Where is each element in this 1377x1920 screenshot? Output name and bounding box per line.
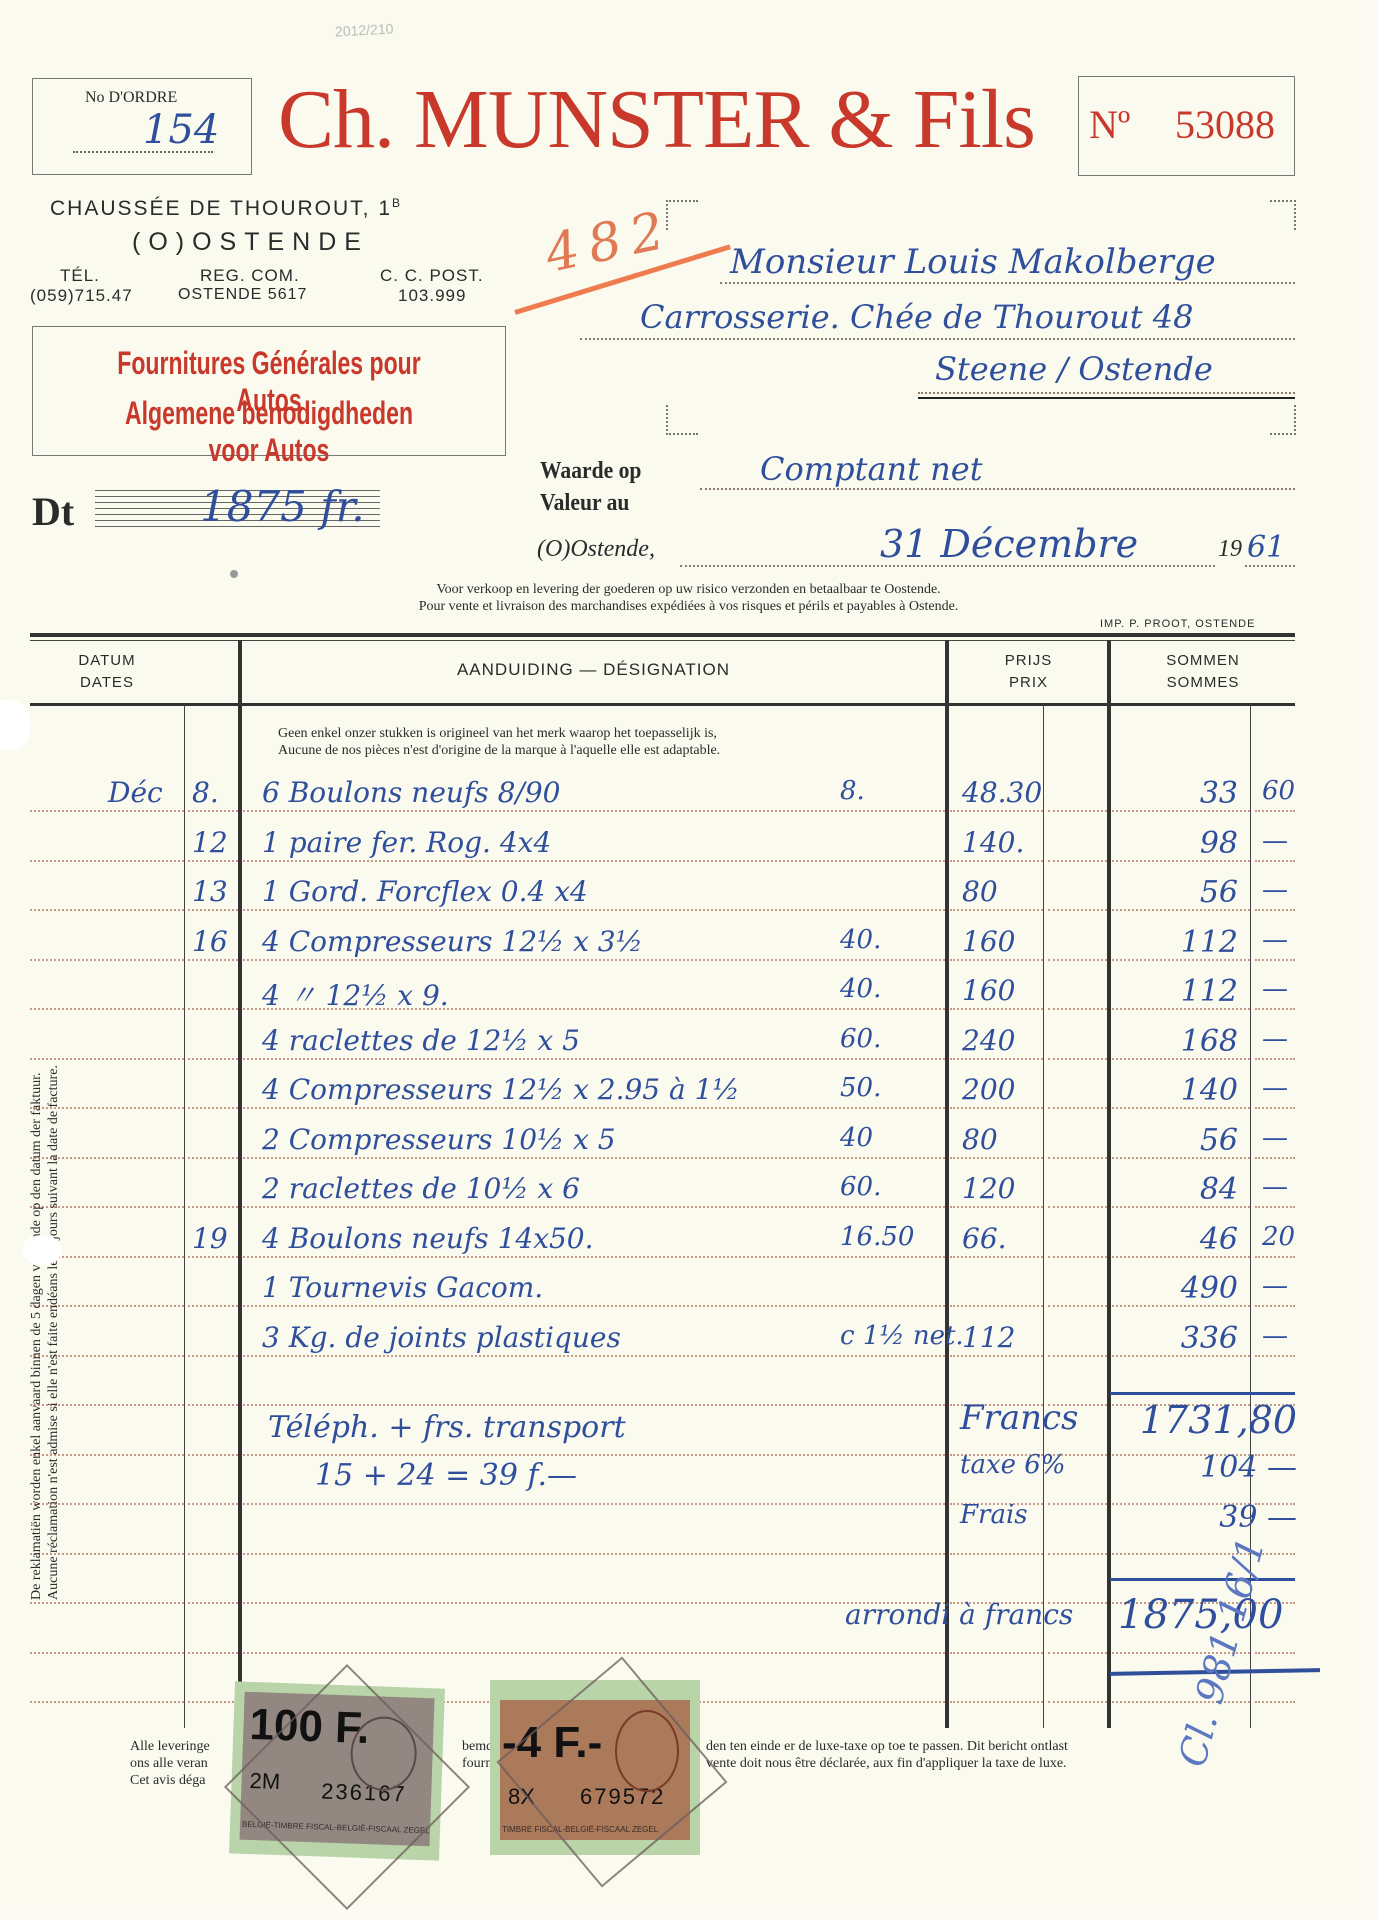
row-unit-price: 8.: [840, 776, 865, 806]
ruled-line: [188, 1107, 238, 1109]
header-date-fr: DATES: [30, 672, 184, 694]
footer-left: Alle leveringe ons alle veran Cet avis d…: [130, 1738, 210, 1789]
ruled-line: [1255, 1652, 1295, 1654]
col-divider-designation: [238, 640, 242, 1728]
ruled-line: [188, 959, 238, 961]
row-sum: 112: [1120, 925, 1238, 960]
ruled-line: [1255, 1701, 1295, 1703]
ruled-line: [188, 1157, 238, 1159]
ruled-line: [243, 1454, 945, 1456]
address-corner-tl: [666, 200, 698, 230]
ruled-line: [1112, 1305, 1250, 1307]
disclaimer-fr: Aucune de nos pièces n'est d'origine de …: [278, 742, 720, 759]
col-divider-price-cents: [1043, 703, 1044, 1728]
row-day: 19: [192, 1222, 228, 1255]
ruled-line: [243, 1553, 945, 1555]
col-divider-sums: [1107, 640, 1111, 1728]
row-sum-cents: —: [1262, 925, 1288, 955]
punch-hole-middle: [22, 1235, 62, 1265]
grand-total-rule-top: [1110, 1578, 1295, 1581]
ruled-line: [1048, 1355, 1107, 1357]
ruled-line: [1048, 1206, 1107, 1208]
ruled-line: [1255, 860, 1295, 862]
ruled-line: [950, 1701, 1043, 1703]
tel-value: (059)715.47: [30, 286, 133, 306]
row-sum: 56: [1120, 875, 1238, 910]
address-sup: B: [392, 196, 402, 210]
invoice-date: 31 Décembre: [880, 522, 1138, 566]
ruled-line: [1048, 860, 1107, 862]
side-note-fr: Aucune réclamation n'est admise si elle …: [45, 700, 62, 1600]
ruled-line: [30, 1652, 184, 1654]
row-description: 4 raclettes de 12½ x 5: [262, 1024, 580, 1057]
terms-fr: Pour vente et livraison des marchandises…: [0, 599, 1377, 615]
value-dotline: [700, 488, 1295, 490]
ruled-line: [950, 959, 1043, 961]
place-label: (O)Ostende,: [537, 536, 655, 563]
row-sum: 46: [1120, 1222, 1238, 1257]
row-unit-price: 40.: [840, 974, 881, 1004]
ruled-line: [188, 1206, 238, 1208]
row-unit-price: c 1½ net.: [840, 1321, 964, 1351]
ruled-line: [188, 1652, 238, 1654]
row-sum-cents: —: [1262, 1024, 1288, 1054]
ruled-line: [243, 909, 945, 911]
total-value: 39 —: [1112, 1500, 1297, 1535]
row-price: 80: [962, 875, 998, 908]
row-unit-price: 40.: [840, 925, 881, 955]
header-designation: AANDUIDING — DÉSIGNATION: [242, 660, 945, 680]
ruled-line: [1112, 909, 1250, 911]
row-sum: 84: [1120, 1172, 1238, 1207]
order-number: 154: [143, 107, 219, 153]
ruled-line: [1112, 1058, 1250, 1060]
invoice-number: 53088: [1175, 101, 1275, 148]
ruled-line: [188, 1602, 238, 1604]
ruled-line: [1255, 959, 1295, 961]
ruled-line: [1048, 1305, 1107, 1307]
row-sum: 98: [1120, 826, 1238, 861]
ruled-line: [188, 909, 238, 911]
ruled-line: [243, 1503, 945, 1505]
order-label: No D'ORDRE: [85, 89, 177, 107]
ruled-line: [243, 1602, 945, 1604]
company-address: CHAUSSÉE DE THOUROUT, 1B: [50, 196, 402, 221]
red-annotation: 482: [540, 199, 679, 285]
ruled-line: [1255, 810, 1295, 812]
ruled-line: [188, 1701, 238, 1703]
year-prefix: 19: [1218, 536, 1242, 563]
ruled-line: [30, 1701, 184, 1703]
row-sum-cents: 20: [1262, 1222, 1295, 1252]
ruled-line: [950, 1107, 1043, 1109]
ruled-line: [950, 909, 1043, 911]
slogan-box: Fournitures Générales pour Autos Algemen…: [32, 326, 506, 456]
header-sums: SOMMEN SOMMES: [1111, 650, 1295, 694]
row-sum-cents: —: [1262, 1321, 1288, 1351]
ruled-line: [1112, 1206, 1250, 1208]
ruled-line: [950, 1355, 1043, 1357]
ruled-line: [1255, 1305, 1295, 1307]
row-sum: 140: [1120, 1073, 1238, 1108]
row-unit-price: 40: [840, 1123, 873, 1153]
footer-right: den ten einde er de luxe-taxe op toe te …: [706, 1738, 1068, 1772]
header-price: PRIJS PRIX: [950, 650, 1107, 694]
ruled-line: [950, 1008, 1043, 1010]
ruled-line: [30, 1602, 184, 1604]
post-label: C. C. POST.: [380, 266, 484, 286]
footer-l1: Alle leveringe: [130, 1738, 210, 1755]
row-price: 80: [962, 1123, 998, 1156]
row-description: 1 paire fer. Rog. 4x4: [262, 826, 551, 859]
row-description: 2 Compresseurs 10½ x 5: [262, 1123, 616, 1156]
ruled-line: [243, 1157, 945, 1159]
col-divider-price: [945, 640, 949, 1728]
ruled-line: [188, 860, 238, 862]
row-price: 140.: [962, 826, 1024, 859]
header-sums-fr: SOMMES: [1111, 672, 1295, 694]
row-description: 6 Boulons neufs 8/90: [262, 776, 560, 809]
ruled-line: [243, 860, 945, 862]
slogan-nl: Algemene benodigdheden voor Autos: [99, 395, 439, 469]
ruled-line: [188, 810, 238, 812]
row-description: 4 Compresseurs 12½ x 2.95 à 1½: [262, 1073, 740, 1106]
ruled-line: [1048, 1107, 1107, 1109]
row-sum-cents: —: [1262, 1073, 1288, 1103]
footer-r2: vente doit nous être déclarée, aux fin d…: [706, 1755, 1068, 1772]
recipient-line2: Carrosserie. Chée de Thourout 48: [640, 298, 1194, 336]
side-note: De reklamatiën worden enkel aanvaard bin…: [28, 700, 62, 1600]
ruled-line: [1255, 909, 1295, 911]
ruled-line: [188, 1355, 238, 1357]
ruled-line: [1112, 810, 1250, 812]
ruled-line: [1048, 909, 1107, 911]
tel-label: TÉL.: [60, 266, 100, 286]
recipient-line3: Steene / Ostende: [935, 350, 1213, 388]
row-month: Déc: [108, 776, 163, 809]
reg-label: REG. COM.: [200, 266, 300, 286]
table-top-border-2: [30, 640, 1295, 641]
row-price: 160: [962, 925, 1015, 958]
ruled-line: [950, 1058, 1043, 1060]
row-sum: 168: [1120, 1024, 1238, 1059]
ruled-line: [1255, 1206, 1295, 1208]
ruled-line: [1255, 1008, 1295, 1010]
ruled-line: [950, 1256, 1043, 1258]
ruled-line: [188, 1503, 238, 1505]
header-price-fr: PRIX: [950, 672, 1107, 694]
total-value: 104 —: [1112, 1450, 1297, 1485]
ruled-line: [1048, 1058, 1107, 1060]
row-price: 48.30: [962, 776, 1042, 809]
year-dotline: [1245, 565, 1295, 567]
recipient-line1: Monsieur Louis Makolberge: [730, 242, 1216, 282]
row-description: 1 Tournevis Gacom.: [262, 1271, 543, 1304]
side-note-nl: De reklamatiën worden enkel aanvaard bin…: [28, 700, 45, 1600]
ruled-line: [1112, 1107, 1250, 1109]
total-label: taxe 6%: [960, 1450, 1066, 1480]
row-description: 4 Boulons neufs 14x50.: [262, 1222, 594, 1255]
ruled-line: [243, 810, 945, 812]
row-sum: 56: [1120, 1123, 1238, 1158]
ruled-line: [1112, 959, 1250, 961]
row-price: 112: [962, 1321, 1015, 1354]
ruled-line: [1048, 1503, 1107, 1505]
header-price-nl: PRIJS: [950, 650, 1107, 672]
row-price: 240: [962, 1024, 1015, 1057]
post-value: 103.999: [398, 286, 466, 306]
row-description: 3 Kg. de joints plastiques: [262, 1321, 621, 1354]
ruled-line: [1048, 1652, 1107, 1654]
total-value: 1731,80: [1112, 1398, 1297, 1442]
row-sum: 33: [1120, 776, 1238, 811]
row-sum-cents: —: [1262, 1172, 1288, 1202]
ruled-line: [1112, 1256, 1250, 1258]
row-unit-price: 60.: [840, 1024, 881, 1054]
row-sum: 112: [1120, 974, 1238, 1009]
row-price: 120: [962, 1172, 1015, 1205]
ruled-line: [243, 1652, 945, 1654]
value-label-fr: Valeur au: [540, 490, 629, 517]
ruled-line: [188, 1008, 238, 1010]
ruled-line: [1255, 1107, 1295, 1109]
ruled-line: [950, 860, 1043, 862]
ruled-line: [950, 1652, 1043, 1654]
subtotal-rule: [1110, 1392, 1295, 1395]
row-unit-price: 60.: [840, 1172, 881, 1202]
ruled-line: [243, 959, 945, 961]
ruled-line: [950, 1206, 1043, 1208]
row-day: 16: [192, 925, 228, 958]
punch-hole-top: [0, 700, 30, 750]
invoice-number-box: Nº 53088: [1078, 76, 1295, 176]
row-day: 12: [192, 826, 228, 859]
header-date: DATUM DATES: [30, 650, 184, 694]
ruled-line: [188, 1404, 238, 1406]
ruled-line: [188, 1553, 238, 1555]
reg-value: OSTENDE 5617: [178, 286, 307, 304]
footer-l2: ons alle veran: [130, 1755, 210, 1772]
ruled-line: [1255, 1355, 1295, 1357]
total-label: Frais: [960, 1500, 1028, 1530]
debit-label: Dt: [32, 488, 74, 535]
order-dotted-line: [73, 151, 213, 153]
address-corner-bl: [666, 405, 698, 435]
pencil-note: 2012/210: [335, 20, 394, 39]
value-label-nl: Waarde op: [540, 458, 641, 485]
ruled-line: [950, 1305, 1043, 1307]
row-sum-cents: —: [1262, 826, 1288, 856]
ruled-line: [1048, 810, 1107, 812]
ruled-line: [950, 1553, 1043, 1555]
row-sum: 490: [1120, 1271, 1238, 1306]
ruled-line: [243, 1404, 945, 1406]
row-sum-cents: —: [1262, 875, 1288, 905]
disclaimer-nl: Geen enkel onzer stukken is origineel va…: [278, 725, 720, 742]
terms-nl: Voor verkoop en levering der goederen op…: [0, 582, 1377, 598]
address-line: CHAUSSÉE DE THOUROUT, 1: [50, 197, 392, 220]
row-description: 4 Compresseurs 12½ x 3½: [262, 925, 643, 958]
row-sum: 336: [1120, 1321, 1238, 1356]
table-header-bottom: [30, 703, 1295, 706]
row-sum-cents: 60: [1262, 776, 1295, 806]
ruled-line: [950, 810, 1043, 812]
ruled-line: [243, 1058, 945, 1060]
ruled-line: [1048, 1008, 1107, 1010]
ruled-line: [243, 1206, 945, 1208]
recipient-dotline-1: [720, 282, 1295, 284]
ink-spot: [230, 570, 238, 578]
ruled-line: [243, 1256, 945, 1258]
row-unit-price: 16.50: [840, 1222, 914, 1252]
row-price: 66.: [962, 1222, 1007, 1255]
row-day: 13: [192, 875, 228, 908]
ruled-line: [1255, 1058, 1295, 1060]
grand-total-label: arrondi à francs: [845, 1598, 1073, 1631]
disclaimer: Geen enkel onzer stukken is origineel va…: [278, 725, 720, 759]
ruled-line: [1048, 1701, 1107, 1703]
ruled-line: [243, 1355, 945, 1357]
note-line2: 15 + 24 = 39 f.—: [315, 1458, 577, 1493]
ruled-line: [1255, 1256, 1295, 1258]
ruled-line: [243, 1107, 945, 1109]
row-description: 1 Gord. Forcflex 0.4 x4: [262, 875, 588, 908]
note-line1: Téléph. + frs. transport: [268, 1410, 626, 1445]
ruled-line: [1048, 959, 1107, 961]
header-sums-nl: SOMMEN: [1111, 650, 1295, 672]
row-sum-cents: —: [1262, 1271, 1288, 1301]
footer-l3: Cet avis déga: [130, 1772, 210, 1789]
printer-credit: IMP. P. PROOT, OSTENDE: [1100, 618, 1255, 630]
ruled-line: [1112, 860, 1250, 862]
ruled-line: [950, 1157, 1043, 1159]
ruled-line: [188, 1256, 238, 1258]
company-name: Ch. MUNSTER & Fils: [278, 78, 1035, 162]
debit-value: 1875 fr.: [200, 482, 365, 531]
row-sum-cents: —: [1262, 1123, 1288, 1153]
row-unit-price: 50.: [840, 1073, 881, 1103]
address-corner-tr: [1270, 200, 1296, 230]
date-dotline: [680, 565, 1215, 567]
row-price: 200: [962, 1073, 1015, 1106]
ruled-line: [243, 1008, 945, 1010]
table-top-border: [30, 633, 1295, 637]
ruled-line: [188, 1058, 238, 1060]
col-divider-date: [184, 703, 185, 1728]
ruled-line: [1048, 1553, 1107, 1555]
ruled-line: [243, 1305, 945, 1307]
order-box: No D'ORDRE 154: [32, 78, 252, 175]
ruled-line: [1112, 1355, 1250, 1357]
ruled-line: [1255, 1157, 1295, 1159]
value-terms: Comptant net: [760, 450, 983, 488]
ruled-line: [1048, 1157, 1107, 1159]
address-corner-br: [1270, 405, 1296, 435]
row-sum-cents: —: [1262, 974, 1288, 1004]
ruled-line: [188, 1454, 238, 1456]
recipient-dotline-3: [918, 392, 1295, 394]
ruled-line: [1112, 1157, 1250, 1159]
year-suffix: 61: [1247, 530, 1285, 565]
total-label: Francs: [960, 1398, 1079, 1438]
company-city: (O)OSTENDE: [132, 228, 369, 257]
invoice-number-label: Nº: [1089, 101, 1130, 148]
recipient-dotline-2: [580, 338, 1295, 340]
ruled-line: [1048, 1256, 1107, 1258]
row-price: 160: [962, 974, 1015, 1007]
row-day: 8.: [192, 776, 219, 809]
footer-r1: den ten einde er de luxe-taxe op toe te …: [706, 1738, 1068, 1755]
recipient-underline: [918, 397, 1295, 399]
row-description: 2 raclettes de 10½ x 6: [262, 1172, 580, 1205]
invoice-paper: 2012/210 No D'ORDRE 154 Ch. MUNSTER & Fi…: [0, 0, 1362, 1905]
ruled-line: [1112, 1008, 1250, 1010]
header-date-nl: DATUM: [30, 650, 184, 672]
ruled-line: [188, 1305, 238, 1307]
